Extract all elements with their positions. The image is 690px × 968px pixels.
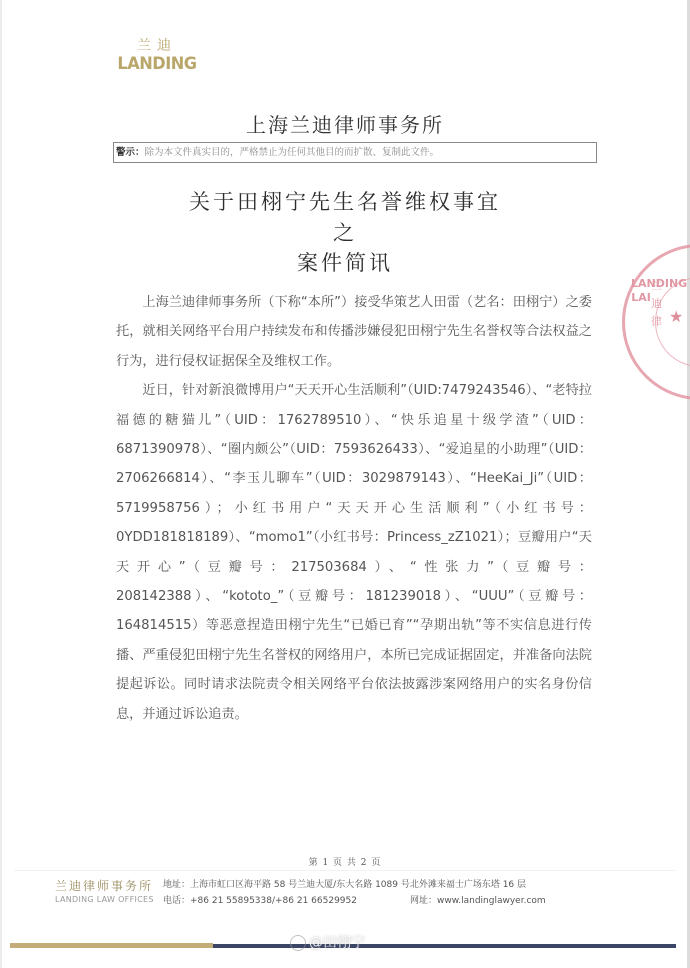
seal-ring-text: LANDING LAI [631,277,651,305]
page-number: 第 1 页 共 2 页 [0,855,690,868]
warning-notice: 警示：除为本文件真实目的，严格禁止为任何其他目的而扩散、复制此文件。 [113,142,597,163]
firm-logo: 兰迪 LANDING [112,38,202,74]
firm-name-heading: 上海兰迪律师事务所 [0,109,690,138]
star-icon: ★ [669,307,683,326]
weibo-icon [290,935,306,951]
footer-website: 网址：www.landinglawyer.com [410,893,546,906]
footer-divider [14,870,676,871]
paragraph: 近日，针对新浪微博用户“天天开心生活顺利”（UID:7479243546）、“老… [116,376,592,729]
footer-address: 地址：上海市虹口区海平路 58 号兰迪大厦/东大名路 1089 号北外滩来福士广… [163,877,526,890]
page-edge [0,0,2,968]
logo-en-text: LANDING [114,54,200,74]
document-body: 上海兰迪律师事务所（下称“本所”）接受华策艺人田雷（艺名：田栩宁）之委托，就相关… [116,288,592,729]
paragraph: 上海兰迪律师事务所（下称“本所”）接受华策艺人田雷（艺名：田栩宁）之委托，就相关… [116,288,592,376]
document-title: 关于田栩宁先生名誉维权事宜 [0,186,690,216]
warning-text: 除为本文件真实目的，严格禁止为任何其他目的而扩散、复制此文件。 [145,147,440,158]
footer-firm-name-en: LANDING LAW OFFICES [55,895,154,904]
document-subtitle: 案件简讯 [0,247,690,277]
document-title-connector: 之 [0,217,690,247]
footer-firm-name-cn: 兰迪律师事务所 [55,877,153,894]
weibo-watermark: @田栩宁 [290,932,365,952]
watermark-text: @田栩宁 [309,935,365,951]
seal-inner-text: 兰迪律 [651,277,665,331]
footer-bar-gold [10,943,213,948]
footer-phone: 电话：+86 21 55895338/+86 21 66529952 [163,893,357,906]
footer-bar-navy [213,944,676,948]
logo-cn-text: 兰迪 [112,38,202,54]
warning-label: 警示： [116,147,145,158]
